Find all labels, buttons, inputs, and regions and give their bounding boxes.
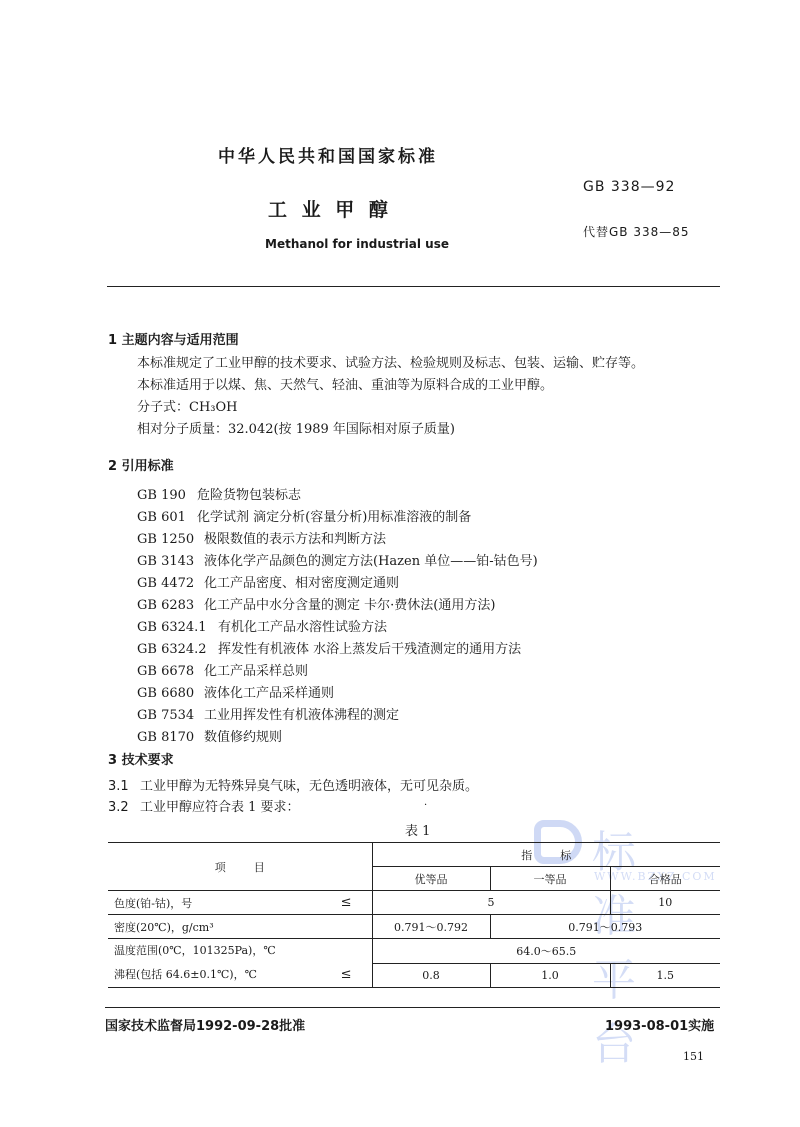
reference-code: GB 3143 <box>137 554 204 569</box>
reference-title: 数值修约规则 <box>204 730 282 745</box>
cell-value: 1.5 <box>610 963 720 988</box>
less-equal-symbol: ≤ <box>341 895 372 910</box>
stray-dot: · <box>424 800 427 811</box>
reference-title: 有机化工产品水溶性试验方法 <box>218 620 387 635</box>
page-number: 151 <box>683 1050 704 1063</box>
cell-value: 64.0～65.5 <box>372 939 720 964</box>
reference-code: GB 6678 <box>137 664 204 679</box>
reference-title: 液体化工产品采样通则 <box>204 686 334 701</box>
approval-line: 国家技术监督局1992-09-28批准 <box>105 1015 305 1034</box>
header-index: 指 标 <box>372 843 720 867</box>
reference-item: GB 190危险货物包装标志 <box>137 484 301 503</box>
reference-title: 危险货物包装标志 <box>197 488 301 503</box>
spec-table: 项 目 指 标 优等品 一等品 合格品 色度(铂-钴)，号≤ 5 10 密度(2… <box>108 842 720 988</box>
section-3-heading: 3 技术要求 <box>108 749 174 768</box>
reference-item: GB 3143液体化学产品颜色的测定方法(Hazen 单位——铂-钴色号) <box>137 550 538 569</box>
reference-code: GB 190 <box>137 488 197 503</box>
cell-value: 0.8 <box>372 963 490 988</box>
reference-title: 化工产品采样总则 <box>204 664 308 679</box>
replaces-standard: 代替GB 338—85 <box>583 223 690 240</box>
reference-title: 化学试剂 滴定分析(容量分析)用标准溶液的制备 <box>197 510 471 525</box>
section-1-paragraph: 本标准适用于以煤、焦、天然气、轻油、重油等为原料合成的工业甲醇。 <box>137 376 553 396</box>
reference-title: 挥发性有机液体 水浴上蒸发后干残渣测定的通用方法 <box>218 642 521 657</box>
header-grade-premium: 优等品 <box>372 867 490 891</box>
document-title-cn: 工 业 甲 醇 <box>268 195 388 222</box>
clause-text: 工业甲醇为无特殊异臭气味，无色透明液体，无可见杂质。 <box>140 779 478 794</box>
reference-item: GB 6283化工产品中水分含量的测定 卡尔·费休法(通用方法) <box>137 594 495 613</box>
reference-code: GB 6283 <box>137 598 204 613</box>
reference-code: GB 8170 <box>137 730 204 745</box>
reference-code: GB 601 <box>137 510 197 525</box>
reference-item: GB 6680液体化工产品采样通则 <box>137 682 334 701</box>
document-title-en: Methanol for industrial use <box>265 237 449 251</box>
header-grade-first: 一等品 <box>490 867 610 891</box>
effective-date: 1993-08-01实施 <box>605 1015 714 1034</box>
reference-item: GB 1250极限数值的表示方法和判断方法 <box>137 528 386 547</box>
cell-value: 0.791～0.792 <box>372 915 490 939</box>
reference-item: GB 6324.2挥发性有机液体 水浴上蒸发后干残渣测定的通用方法 <box>137 638 521 657</box>
section-1-formula: 分子式：CH₃OH <box>137 398 238 418</box>
header-grade-qualified: 合格品 <box>610 867 720 891</box>
reference-code: GB 6324.2 <box>137 642 218 657</box>
reference-title: 化工产品中水分含量的测定 卡尔·费休法(通用方法) <box>204 598 495 613</box>
header-divider <box>107 286 720 287</box>
footer-divider <box>105 1007 720 1008</box>
table-row: 色度(铂-钴)，号≤ 5 10 <box>108 891 720 915</box>
reference-item: GB 8170数值修约规则 <box>137 726 282 745</box>
clause-number: 3.2 <box>108 798 140 818</box>
reference-code: GB 7534 <box>137 708 204 723</box>
less-equal-symbol: ≤ <box>341 963 372 987</box>
reference-title: 液体化学产品颜色的测定方法(Hazen 单位——铂-钴色号) <box>204 554 538 569</box>
table-row: 密度(20℃)，g/cm³ 0.791～0.792 0.791～0.793 <box>108 915 720 939</box>
clause-text: 工业甲醇应符合表 1 要求： <box>140 800 300 815</box>
section-1-molar-mass: 相对分子质量：32.042(按 1989 年国际相对原子质量) <box>137 420 455 440</box>
clause-3-1: 3.1工业甲醇为无特殊异臭气味，无色透明液体，无可见杂质。 <box>108 777 478 797</box>
reference-title: 工业用挥发性有机液体沸程的测定 <box>204 708 399 723</box>
clause-number: 3.1 <box>108 777 140 797</box>
cell-value: 0.791～0.793 <box>490 915 720 939</box>
reference-code: GB 1250 <box>137 532 204 547</box>
reference-title: 化工产品密度、相对密度测定通则 <box>204 576 399 591</box>
header-item: 项 目 <box>108 843 372 891</box>
cell-value: 1.0 <box>490 963 610 988</box>
row-item: 色度(铂-钴)，号≤ <box>108 891 372 915</box>
table-caption: 表 1 <box>405 820 430 839</box>
reference-code: GB 6680 <box>137 686 204 701</box>
table-row: 温度范围(0℃，101325Pa)，℃ 沸程(包括 64.6±0.1℃)，℃≤ … <box>108 939 720 964</box>
section-2-heading: 2 引用标准 <box>108 455 174 474</box>
standard-number: GB 338—92 <box>583 179 675 195</box>
reference-item: GB 7534工业用挥发性有机液体沸程的测定 <box>137 704 399 723</box>
reference-title: 极限数值的表示方法和判断方法 <box>204 532 386 547</box>
reference-item: GB 4472化工产品密度、相对密度测定通则 <box>137 572 399 591</box>
reference-item: GB 6324.1有机化工产品水溶性试验方法 <box>137 616 387 635</box>
cell-value: 5 <box>372 891 610 915</box>
clause-3-2: 3.2工业甲醇应符合表 1 要求： <box>108 798 300 818</box>
section-1-paragraph: 本标准规定了工业甲醇的技术要求、试验方法、检验规则及标志、包装、运输、贮存等。 <box>137 354 644 374</box>
row-item-group: 温度范围(0℃，101325Pa)，℃ 沸程(包括 64.6±0.1℃)，℃≤ <box>108 939 372 988</box>
reference-code: GB 4472 <box>137 576 204 591</box>
reference-item: GB 6678化工产品采样总则 <box>137 660 308 679</box>
reference-item: GB 601化学试剂 滴定分析(容量分析)用标准溶液的制备 <box>137 506 471 525</box>
cell-value: 10 <box>610 891 720 915</box>
reference-code: GB 6324.1 <box>137 620 218 635</box>
row-item: 密度(20℃)，g/cm³ <box>108 915 372 939</box>
section-1-heading: 1 主题内容与适用范围 <box>108 329 239 348</box>
standard-body-title: 中华人民共和国国家标准 <box>218 142 438 167</box>
